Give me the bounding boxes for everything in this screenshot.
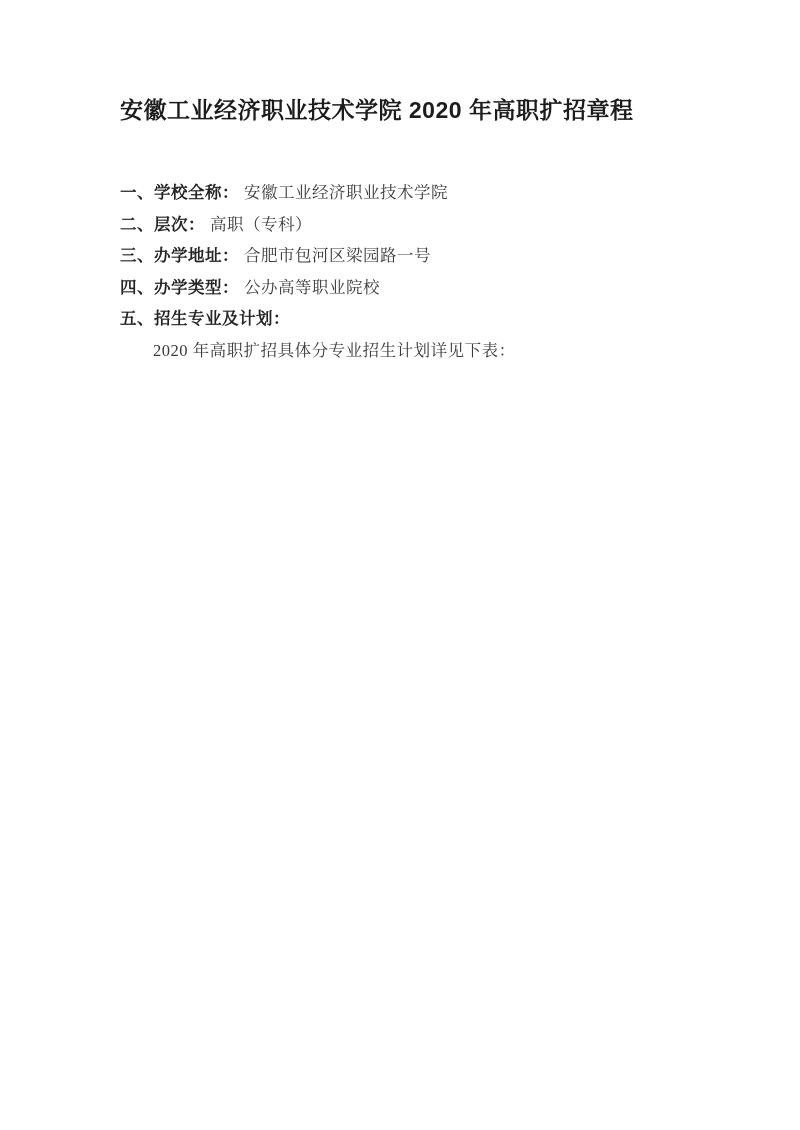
- item-value-address: 合肥市包河区梁园路一号: [244, 246, 431, 265]
- enrollment-plan-note: 2020 年高职扩招具体分专业招生计划详见下表：: [120, 335, 710, 367]
- list-item-level: 二、层次：高职（专科）: [120, 209, 710, 241]
- item-label-school-type: 四、办学类型：: [120, 278, 239, 297]
- document-page: 安徽工业经济职业技术学院 2020 年高职扩招章程 一、学校全称：安徽工业经济职…: [0, 0, 800, 1130]
- item-label-enrollment-plan: 五、招生专业及计划：: [120, 309, 290, 328]
- item-value-level: 高职（专科）: [210, 215, 312, 234]
- document-item-list: 一、学校全称：安徽工业经济职业技术学院 二、层次：高职（专科） 三、办学地址：合…: [120, 177, 710, 335]
- item-label-address: 三、办学地址：: [120, 246, 239, 265]
- item-value-school-name: 安徽工业经济职业技术学院: [244, 183, 448, 202]
- list-item-enrollment-plan: 五、招生专业及计划：: [120, 303, 710, 335]
- item-value-school-type: 公办高等职业院校: [244, 278, 380, 297]
- list-item-school-name: 一、学校全称：安徽工业经济职业技术学院: [120, 177, 710, 209]
- list-item-school-type: 四、办学类型：公办高等职业院校: [120, 272, 710, 304]
- item-label-level: 二、层次：: [120, 215, 205, 234]
- list-item-address: 三、办学地址：合肥市包河区梁园路一号: [120, 240, 710, 272]
- document-title: 安徽工业经济职业技术学院 2020 年高职扩招章程: [120, 93, 710, 127]
- item-label-school-name: 一、学校全称：: [120, 183, 239, 202]
